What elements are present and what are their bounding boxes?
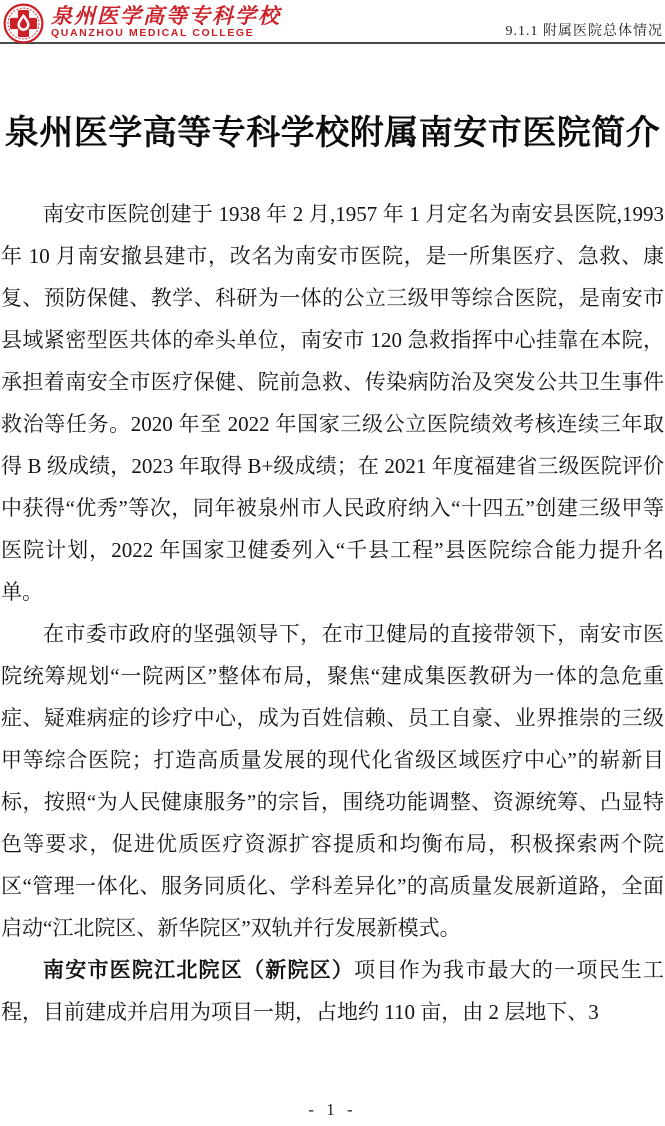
paragraph-hospital-history: 南安市医院创建于 1938 年 2 月,1957 年 1 月定名为南安县医院,1… [1,193,664,613]
school-brand: 泉州医学高等专科学校 QUANZHOU MEDICAL COLLEGE [3,3,281,44]
page-number: - 1 - [308,1100,356,1119]
paragraph-bold-lead: 南安市医院江北院区（新院区） [43,958,354,982]
document-page: 泉州医学高等专科学校 QUANZHOU MEDICAL COLLEGE 9.1.… [0,0,665,1126]
header-section-label: 9.1.1 附属医院总体情况 [506,24,664,42]
page-header: 泉州医学高等专科学校 QUANZHOU MEDICAL COLLEGE 9.1.… [0,0,665,44]
school-name-zh: 泉州医学高等专科学校 [51,5,281,27]
paragraph-development-plan: 在市委市政府的坚强领导下，在市卫健局的直接带领下，南安市医院统筹规划“一院两区”… [1,613,664,949]
school-name-en: QUANZHOU MEDICAL COLLEGE [51,27,281,39]
document-body: 南安市医院创建于 1938 年 2 月,1957 年 1 月定名为南安县医院,1… [1,193,664,1033]
page-footer: - 1 - [0,1100,665,1120]
paragraph-jiangbei-campus: 南安市医院江北院区（新院区）项目作为我市最大的一项民生工程，目前建成并启用为项目… [1,949,664,1033]
school-name-block: 泉州医学高等专科学校 QUANZHOU MEDICAL COLLEGE [51,3,281,39]
school-seal-icon [3,3,44,44]
document-title: 泉州医学高等专科学校附属南安市医院简介 [0,110,665,158]
